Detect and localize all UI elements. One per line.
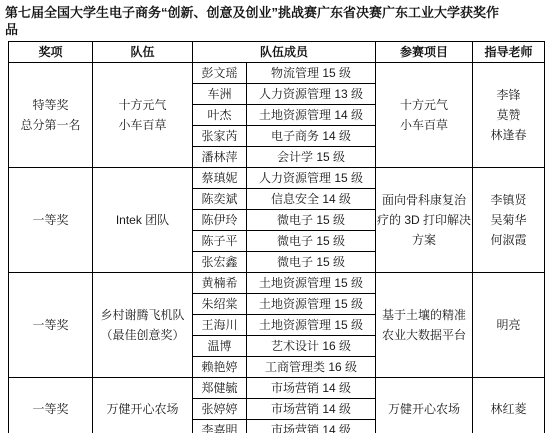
- member-name-cell: 车洲: [193, 84, 247, 105]
- header-award: 奖项: [9, 42, 93, 63]
- advisor-cell: 李锋 莫赞 林逢春: [473, 63, 545, 168]
- member-name-cell: 蔡瑱妮: [193, 168, 247, 189]
- advisor-cell: 明亮: [473, 273, 545, 378]
- member-row: 一等奖 乡村谢腾飞机队 （最佳创意奖） 黄楠希 土地资源管理 15 级 基于土壤…: [9, 273, 545, 294]
- team-cell: Intek 团队: [93, 168, 193, 273]
- member-name-cell: 温博: [193, 336, 247, 357]
- page-title: 第七届全国大学生电子商务“创新、创意及创业”挑战赛广东省决赛广东工业大学获奖作 …: [0, 0, 554, 40]
- member-major-cell: 微电子 15 级: [247, 231, 376, 252]
- member-major-cell: 市场营销 14 级: [247, 420, 376, 433]
- project-cell: 基于土壤的精准 农业大数据平台: [376, 273, 473, 378]
- award-cell: 一等奖: [9, 273, 93, 378]
- team-cell: 乡村谢腾飞机队 （最佳创意奖）: [93, 273, 193, 378]
- header-project: 参赛项目: [376, 42, 473, 63]
- member-major-cell: 市场营销 14 级: [247, 378, 376, 399]
- member-major-cell: 市场营销 14 级: [247, 399, 376, 420]
- award-cell: 特等奖 总分第一名: [9, 63, 93, 168]
- advisor-cell: 林红菱: [473, 378, 545, 433]
- member-major-cell: 微电子 15 级: [247, 210, 376, 231]
- member-major-cell: 工商管理类 16 级: [247, 357, 376, 378]
- member-major-cell: 电子商务 14 级: [247, 126, 376, 147]
- award-cell: 一等奖: [9, 168, 93, 273]
- team-cell: 十方元气 小车百草: [93, 63, 193, 168]
- member-major-cell: 信息安全 14 级: [247, 189, 376, 210]
- header-members: 队伍成员: [193, 42, 376, 63]
- member-name-cell: 叶杰: [193, 105, 247, 126]
- document-page: 第七届全国大学生电子商务“创新、创意及创业”挑战赛广东省决赛广东工业大学获奖作 …: [0, 0, 554, 433]
- member-major-cell: 人力资源管理 13 级: [247, 84, 376, 105]
- member-name-cell: 彭文瑶: [193, 63, 247, 84]
- project-cell: 面向骨科康复治 疗的 3D 打印解决 方案: [376, 168, 473, 273]
- header-row: 奖项 队伍 队伍成员 参赛项目 指导老师: [9, 42, 545, 63]
- member-name-cell: 王海川: [193, 315, 247, 336]
- member-name-cell: 陈伊玲: [193, 210, 247, 231]
- member-name-cell: 张婷婷: [193, 399, 247, 420]
- member-major-cell: 艺术设计 16 级: [247, 336, 376, 357]
- team-cell: 万健开心农场: [93, 378, 193, 433]
- member-major-cell: 土地资源管理 14 级: [247, 105, 376, 126]
- awards-table: 奖项 队伍 队伍成员 参赛项目 指导老师 特等奖 总分第一名 十方元气 小车百草…: [8, 41, 545, 433]
- member-major-cell: 土地资源管理 15 级: [247, 315, 376, 336]
- advisor-cell: 李镇贤 吴菊华 何淑霞: [473, 168, 545, 273]
- member-name-cell: 李嘉明: [193, 420, 247, 433]
- member-name-cell: 赖艳婷: [193, 357, 247, 378]
- member-row: 特等奖 总分第一名 十方元气 小车百草 彭文瑶 物流管理 15 级 十方元气 小…: [9, 63, 545, 84]
- member-name-cell: 郑健毓: [193, 378, 247, 399]
- member-major-cell: 人力资源管理 15 级: [247, 168, 376, 189]
- member-name-cell: 张家芮: [193, 126, 247, 147]
- member-major-cell: 会计学 15 级: [247, 147, 376, 168]
- member-row: 一等奖 Intek 团队 蔡瑱妮 人力资源管理 15 级 面向骨科康复治 疗的 …: [9, 168, 545, 189]
- member-major-cell: 物流管理 15 级: [247, 63, 376, 84]
- member-name-cell: 朱绍棠: [193, 294, 247, 315]
- project-cell: 万健开心农场: [376, 378, 473, 433]
- member-row: 一等奖 万健开心农场 郑健毓 市场营销 14 级 万健开心农场 林红菱: [9, 378, 545, 399]
- header-advisor: 指导老师: [473, 42, 545, 63]
- header-team: 队伍: [93, 42, 193, 63]
- member-name-cell: 张宏鑫: [193, 252, 247, 273]
- member-major-cell: 微电子 15 级: [247, 252, 376, 273]
- member-name-cell: 陈奕斌: [193, 189, 247, 210]
- member-name-cell: 黄楠希: [193, 273, 247, 294]
- member-name-cell: 陈子平: [193, 231, 247, 252]
- award-cell: 一等奖: [9, 378, 93, 433]
- project-cell: 十方元气 小车百草: [376, 63, 473, 168]
- member-major-cell: 土地资源管理 15 级: [247, 294, 376, 315]
- member-major-cell: 土地资源管理 15 级: [247, 273, 376, 294]
- member-name-cell: 潘林萍: [193, 147, 247, 168]
